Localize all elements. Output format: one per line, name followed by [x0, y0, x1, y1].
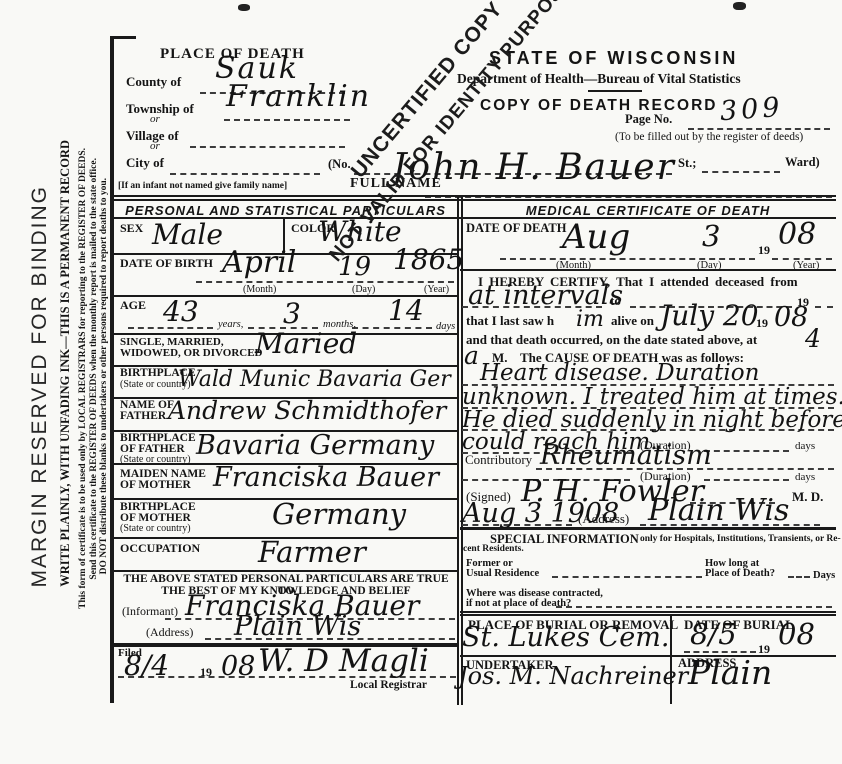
dotted-line	[788, 576, 810, 578]
days-caption: days	[795, 471, 815, 483]
father-name-value: Andrew Schmidthofer	[168, 398, 446, 423]
days-caption: days	[795, 440, 815, 452]
year-caption: (Year)	[424, 284, 449, 295]
cause-line1: Heart disease. Duration	[480, 362, 759, 385]
birthplace-value: Wald Munic Bavaria Ger	[178, 369, 451, 391]
marital-label-line2: WIDOWED, OR DIVORCED	[120, 347, 262, 359]
days-caption: days	[436, 321, 455, 332]
rule	[460, 655, 836, 657]
dod-year-prefix: 19	[758, 243, 770, 258]
death-hour-value: 4	[805, 326, 821, 351]
dob-year-value: 1865	[393, 246, 464, 274]
scan-speck	[238, 4, 250, 11]
occupation-label: OCCUPATION	[120, 541, 200, 556]
dod-day-value: 3	[702, 222, 720, 251]
signed-date-value: Aug 3 1908	[462, 500, 619, 527]
local-registrar-label: Local Registrar	[350, 679, 427, 691]
attended-from-value: at intervals	[468, 282, 623, 309]
or-label: or	[150, 113, 160, 125]
rule	[112, 199, 836, 201]
filed-year-value: 08	[221, 653, 255, 680]
informant-label: (Informant)	[122, 604, 178, 619]
margin-binding-text: MARGIN RESERVED FOR BINDING	[28, 185, 58, 588]
special-information-note2: cent Residents.	[463, 544, 524, 554]
undertaker-value: Jos. M. Nachreiner	[458, 664, 688, 688]
rule	[460, 269, 836, 271]
father-birthplace-caption: (State or country)	[120, 454, 191, 465]
page-no-value: 309	[719, 94, 784, 125]
page-no-note: (To be filled out by the register of dee…	[615, 131, 803, 143]
age-days-value: 14	[388, 297, 424, 325]
dotted-line	[224, 119, 350, 121]
ward-label: Ward)	[785, 155, 820, 170]
year-caption: (Year)	[793, 260, 819, 271]
cause-line2: unknown. I treated him at times.	[462, 386, 842, 409]
dotted-line	[556, 606, 832, 608]
last-saw-year-value: 08	[774, 304, 808, 331]
mother-name-value: Franciska Bauer	[213, 464, 439, 491]
sex-label: SEX	[120, 221, 143, 236]
am-handwritten: a	[464, 343, 479, 368]
top-corner-rule	[110, 36, 136, 39]
dotted-line	[196, 281, 454, 283]
rule	[460, 611, 836, 613]
father-birthplace-value: Bavaria Germany	[196, 432, 434, 459]
rule	[460, 614, 836, 616]
dod-month-value: Aug	[562, 220, 630, 254]
date-of-burial-value: 8/5	[690, 620, 737, 649]
sex-value: Male	[152, 221, 223, 249]
last-saw-date-value: July 20	[660, 302, 759, 330]
death-record-scan: UNCERTIFIED COPY NOT VALID FOR IDENTITY …	[0, 0, 842, 764]
alive-on-label: alive on	[611, 313, 654, 329]
page-no-label: Page No.	[625, 112, 672, 127]
place-of-burial-value: St. Lukes Cem.	[462, 624, 669, 651]
informant-address-value: Plain Wis	[234, 613, 361, 640]
dod-year-value: 08	[778, 220, 816, 250]
contributory-value: Rheumatism	[540, 442, 712, 469]
special-information-note1: only for Hospitals, Institutions, Transi…	[640, 534, 841, 544]
occupation-value: Farmer	[258, 538, 366, 567]
margin-plainly-text: WRITE PLAINLY, WITH UNFADING INK—THIS IS…	[58, 140, 75, 587]
last-saw-prefix: that I last saw h	[466, 313, 554, 329]
burial-year-value: 08	[778, 620, 815, 649]
dotted-line	[704, 450, 789, 452]
filed-year-prefix: 19	[200, 665, 212, 680]
mother-name-label-line2: OF MOTHER	[120, 479, 191, 491]
age-months-value: 3	[283, 300, 301, 328]
infant-note: [If an infant not named give family name…	[118, 181, 287, 191]
signed-address-value: Plain Wis	[648, 496, 789, 526]
years-caption: years,	[218, 319, 243, 330]
dotted-line	[815, 306, 833, 308]
county-label: County of	[126, 74, 181, 90]
month-caption: (Month)	[556, 260, 591, 271]
city-label: City of	[126, 155, 164, 171]
township-value: Franklin	[226, 82, 371, 112]
medical-section-title: MEDICAL CERTIFICATE OF DEATH	[460, 203, 836, 218]
filed-date-value: 8/4	[124, 652, 169, 680]
copy-of-death-record-heading: COPY OF DEATH RECORD	[480, 97, 718, 115]
age-label: AGE	[120, 298, 146, 313]
age-years-value: 43	[163, 298, 199, 326]
watermark: UNCERTIFIED COPY NOT VALID FOR IDENTITY …	[287, 0, 604, 282]
dotted-line	[170, 173, 320, 175]
rule	[114, 570, 457, 572]
dotted-line	[552, 576, 702, 578]
local-registrar-signature: W. D Magli	[258, 646, 429, 677]
street-label: St.;	[678, 156, 696, 171]
former-residence-label-line2: Usual Residence	[466, 568, 539, 579]
rule	[588, 90, 642, 92]
informant-address-label: (Address)	[146, 625, 193, 640]
how-long-label-line2: Place of Death?	[705, 568, 775, 579]
dob-month-value: April	[222, 248, 296, 278]
rule	[112, 195, 836, 197]
death-occurred-statement: and that death occurred, on the date sta…	[466, 332, 757, 348]
date-of-death-label: DATE OF DEATH	[466, 221, 566, 236]
dotted-line	[190, 146, 345, 148]
dotted-line	[702, 171, 780, 173]
days-label: Days	[813, 570, 835, 581]
day-caption: (Day)	[352, 284, 375, 295]
margin-note3: DO NOT distribute these blanks to undert…	[99, 178, 111, 574]
dotted-line	[352, 327, 432, 329]
father-name-label-line2: FATHER	[120, 410, 166, 422]
month-caption: (Month)	[243, 284, 276, 295]
undertaker-address-value: Plain	[688, 656, 772, 689]
md-label: M. D.	[792, 489, 823, 505]
last-saw-him-value: im	[576, 309, 604, 331]
marital-value: Maried	[255, 330, 357, 358]
or-label: or	[150, 140, 160, 152]
scan-speck	[733, 2, 746, 10]
dotted-line	[688, 128, 830, 130]
day-caption: (Day)	[697, 260, 722, 271]
date-of-birth-label: DATE OF BIRTH	[120, 256, 213, 271]
dotted-line	[704, 479, 789, 481]
mother-birthplace-value: Germany	[272, 500, 406, 529]
disease-contracted-label-line2: if not at place of death?	[466, 598, 571, 609]
mother-birthplace-caption: (State or country)	[120, 523, 191, 534]
